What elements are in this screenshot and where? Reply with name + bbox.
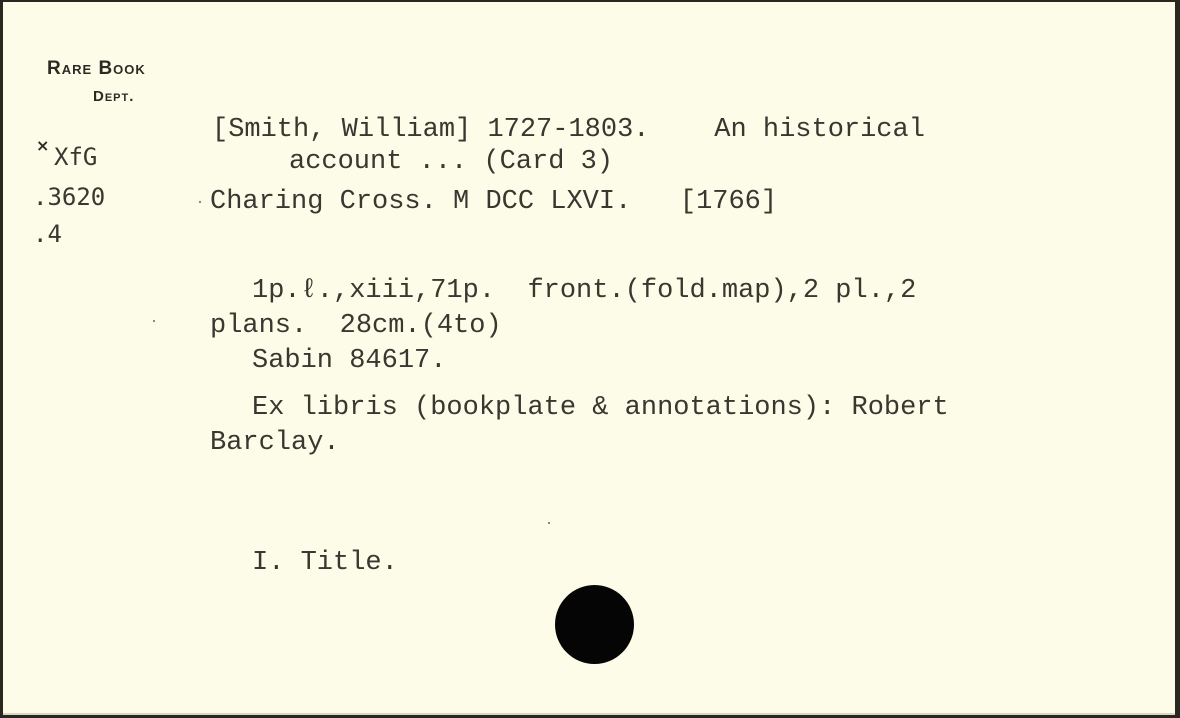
stamp-text-line2: Dept. bbox=[93, 88, 134, 105]
collation-line-1: 1p.ℓ.,xiii,71p. front.(fold.map),2 pl.,2 bbox=[252, 278, 916, 305]
note-provenance-line-1: Ex libris (bookplate & annotations): Rob… bbox=[252, 395, 949, 422]
punch-hole bbox=[555, 585, 634, 664]
note-provenance-line-2: Barclay. bbox=[210, 430, 340, 457]
paper-speck bbox=[548, 522, 550, 524]
paper-speck bbox=[153, 320, 155, 322]
rare-book-stamp: Rare Book bbox=[47, 58, 146, 80]
paper-speck bbox=[199, 201, 201, 203]
heading-title-continued: account ... (Card 3) bbox=[289, 149, 613, 176]
call-number-marker-icon: × bbox=[36, 136, 49, 155]
heading-author-title: [Smith, William] 1727-1803. An historica… bbox=[212, 117, 925, 144]
note-sabin: Sabin 84617. bbox=[252, 348, 446, 375]
heading-imprint: Charing Cross. M DCC LXVI. [1766] bbox=[210, 189, 777, 216]
collation-line-2: plans. 28cm.(4to) bbox=[210, 313, 502, 340]
dept-stamp: Dept. bbox=[93, 88, 134, 105]
call-number-line-1: XfG bbox=[54, 145, 97, 169]
call-number-line-2: .3620 bbox=[33, 185, 105, 209]
call-number-line-3: .4 bbox=[33, 222, 62, 246]
stamp-text-line1: Rare Book bbox=[47, 58, 146, 79]
tracing: I. Title. bbox=[252, 550, 398, 577]
catalog-card: Rare Book Dept. × XfG .3620 .4 [Smith, W… bbox=[3, 2, 1175, 715]
